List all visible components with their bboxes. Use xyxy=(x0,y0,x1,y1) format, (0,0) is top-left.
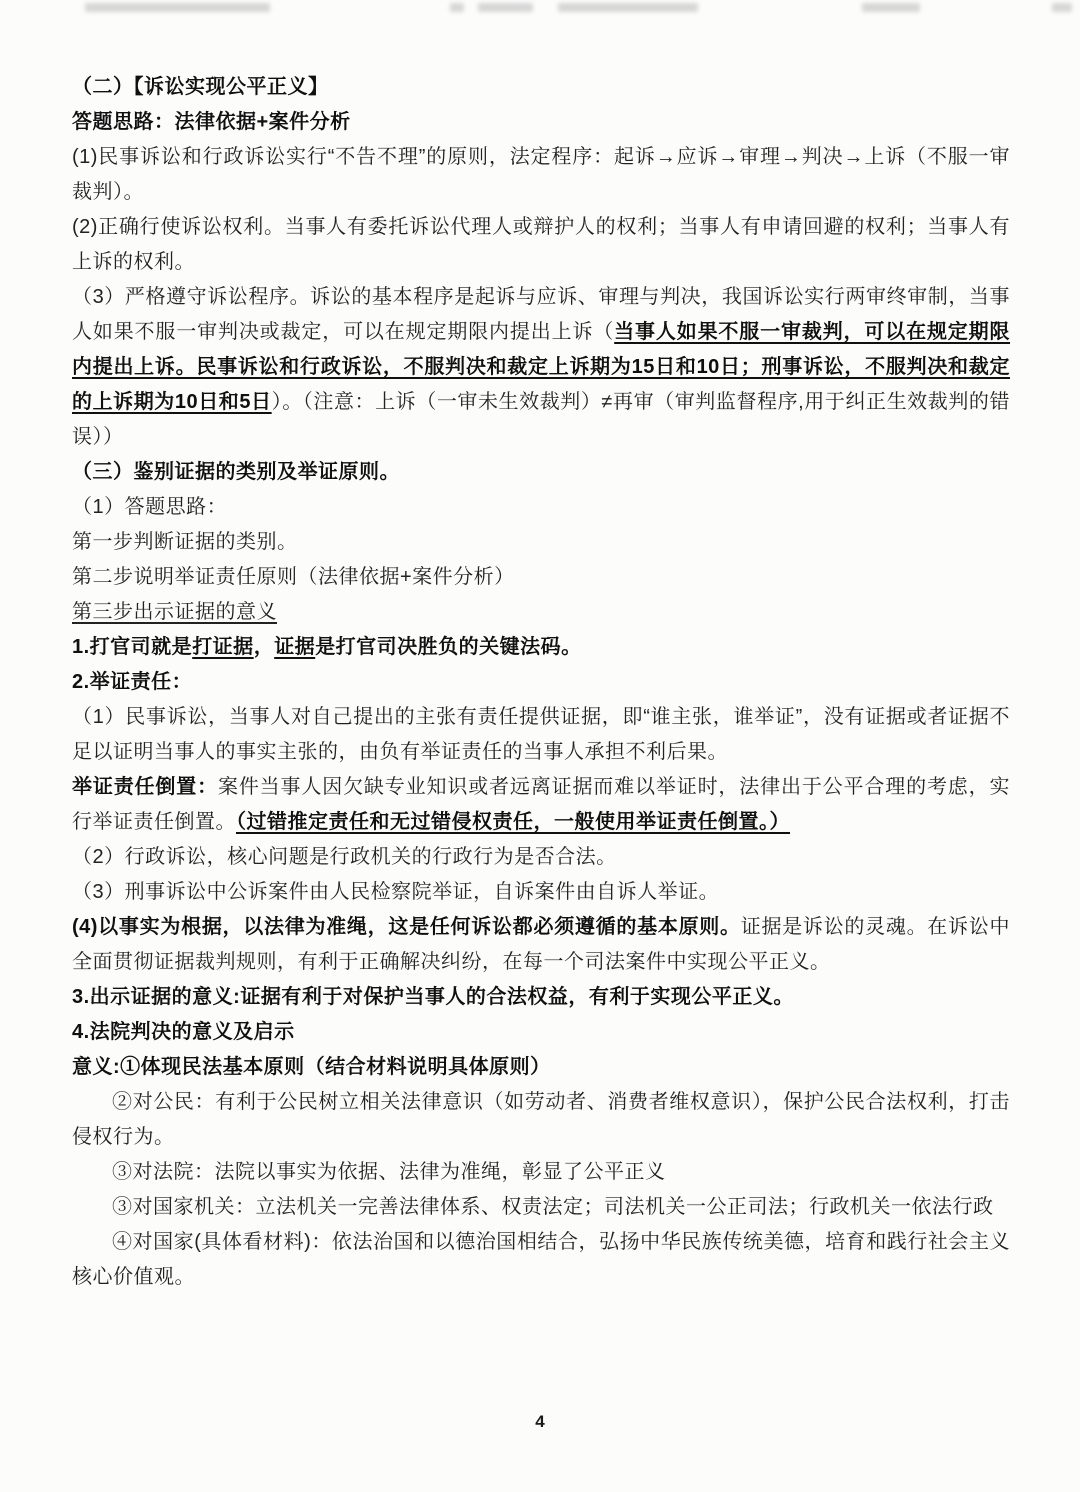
text-run: (4)以事实为根据，以法律为准绳，这是任何诉讼都必须遵循的基本原则。 xyxy=(72,916,741,938)
significance-for-citizens: ②对公民：有利于公民树立相关法律意识（如劳动者、消费者维权意识），保护公民合法权… xyxy=(72,1085,1010,1155)
text-run: 是打官司决胜负的关键法码。 xyxy=(315,636,582,658)
step-2: 第二步说明举证责任原则（法律依据+案件分析） xyxy=(72,560,1010,595)
text-run: 第二步说明举证责任原则（法律依据+案件分析） xyxy=(72,566,515,588)
text-run: (1)民事诉讼和行政诉讼实行“不告不理”的原则，法定程序：起诉→应诉→审理→判决… xyxy=(72,146,1010,203)
text-run: (2)正确行使诉讼权利。当事人有委托诉讼代理人或辩护人的权利；当事人有申请回避的… xyxy=(72,216,1010,273)
heading-text: （三）鉴别证据的类别及举证原则。 xyxy=(72,461,400,483)
point-4-judgment-significance-title: 4.法院判决的意义及启示 xyxy=(72,1015,1010,1050)
heading-text: 4.法院判决的意义及启示 xyxy=(72,1021,295,1043)
scan-artifact xyxy=(862,3,920,12)
burden-civil-litigation: （1）民事诉讼，当事人对自己提出的主张有责任提供证据，即“谁主张，谁举证”，没有… xyxy=(72,700,1010,770)
point-1-no-trial-without-complaint: (1)民事诉讼和行政诉讼实行“不告不理”的原则，法定程序：起诉→应诉→审理→判决… xyxy=(72,140,1010,210)
burden-administrative-litigation: （2）行政诉讼，核心问题是行政机关的行政行为是否合法。 xyxy=(72,840,1010,875)
text-run: 3.出示证据的意义:证据有利于对保护当事人的合法权益，有利于实现公平正义。 xyxy=(72,986,794,1008)
answer-approach: 答题思路：法律依据+案件分析 xyxy=(72,105,1010,140)
text-run: （2）行政诉讼，核心问题是行政机关的行政行为是否合法。 xyxy=(72,846,617,868)
point-2-litigation-rights: (2)正确行使诉讼权利。当事人有委托诉讼代理人或辩护人的权利；当事人有申请回避的… xyxy=(72,210,1010,280)
text-run: 意义:①体现民法基本原则（结合材料说明具体原则） xyxy=(72,1056,551,1078)
significance-for-state: ④对国家(具体看材料)：依法治国和以德治国相结合，弘扬中华民族传统美德，培育和践… xyxy=(72,1225,1010,1295)
heading-text: 2.举证责任： xyxy=(72,671,192,693)
text-run: （3）刑事诉讼中公诉案件由人民检察院举证，自诉案件由自诉人举证。 xyxy=(72,881,719,903)
heading-section-two: （二）【诉讼实现公平正义】 xyxy=(72,70,1010,105)
sub-answer-approach: （1）答题思路： xyxy=(72,490,1010,525)
significance-for-state-organs: ③对国家机关：立法机关一完善法律体系、权责法定；司法机关一公正司法；行政机关一依… xyxy=(72,1190,1010,1225)
scan-artifact xyxy=(1052,3,1072,12)
significance-civil-law-principles: 意义:①体现民法基本原则（结合材料说明具体原则） xyxy=(72,1050,1010,1085)
text-run: 答题思路：法律依据+案件分析 xyxy=(72,111,351,133)
text-run: 1.打官司就是 xyxy=(72,636,192,658)
text-run: （1）民事诉讼，当事人对自己提出的主张有责任提供证据，即“谁主张，谁举证”，没有… xyxy=(72,706,1010,763)
burden-of-proof-reversal: 举证责任倒置：案件当事人因欠缺专业知识或者远离证据而难以举证时，法律出于公平合理… xyxy=(72,770,1010,840)
point-3-evidence-significance: 3.出示证据的意义:证据有利于对保护当事人的合法权益，有利于实现公平正义。 xyxy=(72,980,1010,1015)
point-3-procedure: （3）严格遵守诉讼程序。诉讼的基本程序是起诉与应诉、审理与判决，我国诉讼实行两审… xyxy=(72,280,1010,455)
text-run-underlined: 打证据 xyxy=(192,636,254,658)
text-run-underlined: （过错推定责任和无过错侵权责任，一般使用举证责任倒置。） xyxy=(236,811,790,833)
burden-criminal-litigation: （3）刑事诉讼中公诉案件由人民检察院举证，自诉案件由自诉人举证。 xyxy=(72,875,1010,910)
text-run: （1）答题思路： xyxy=(72,496,227,518)
text-run-underlined: 第三步出示证据的意义 xyxy=(72,601,277,623)
page-number: 4 xyxy=(0,1412,1080,1432)
step-1: 第一步判断证据的类别。 xyxy=(72,525,1010,560)
scan-artifact xyxy=(450,3,464,12)
significance-for-court: ③对法院：法院以事实为依据、法律为准绳，彰显了公平正义 xyxy=(72,1155,1010,1190)
text-run: ， xyxy=(254,636,275,658)
text-run: 举证责任倒置： xyxy=(72,776,218,798)
heading-text: （二）【诉讼实现公平正义】 xyxy=(72,76,329,98)
text-run: 第一步判断证据的类别。 xyxy=(72,531,298,553)
scanned-document-page: （二）【诉讼实现公平正义】 答题思路：法律依据+案件分析 (1)民事诉讼和行政诉… xyxy=(0,0,1080,1492)
heading-section-three: （三）鉴别证据的类别及举证原则。 xyxy=(72,455,1010,490)
document-body: （二）【诉讼实现公平正义】 答题思路：法律依据+案件分析 (1)民事诉讼和行政诉… xyxy=(72,70,1010,1295)
text-run: ②对公民：有利于公民树立相关法律意识（如劳动者、消费者维权意识），保护公民合法权… xyxy=(72,1091,1010,1148)
scan-artifact xyxy=(478,3,533,12)
point-4-facts-and-law: (4)以事实为根据，以法律为准绳，这是任何诉讼都必须遵循的基本原则。证据是诉讼的… xyxy=(72,910,1010,980)
point-1-evidence-key: 1.打官司就是打证据，证据是打官司决胜负的关键法码。 xyxy=(72,630,1010,665)
text-run: ③对法院：法院以事实为依据、法律为准绳，彰显了公平正义 xyxy=(112,1161,666,1183)
step-3: 第三步出示证据的意义 xyxy=(72,595,1010,630)
scan-artifact xyxy=(558,3,698,12)
scan-artifact xyxy=(85,3,270,12)
text-run: ③对国家机关：立法机关一完善法律体系、权责法定；司法机关一公正司法；行政机关一依… xyxy=(112,1196,994,1218)
point-2-burden-of-proof-title: 2.举证责任： xyxy=(72,665,1010,700)
text-run: ④对国家(具体看材料)：依法治国和以德治国相结合，弘扬中华民族传统美德，培育和践… xyxy=(72,1231,1010,1288)
text-run-underlined: 证据 xyxy=(274,636,315,658)
